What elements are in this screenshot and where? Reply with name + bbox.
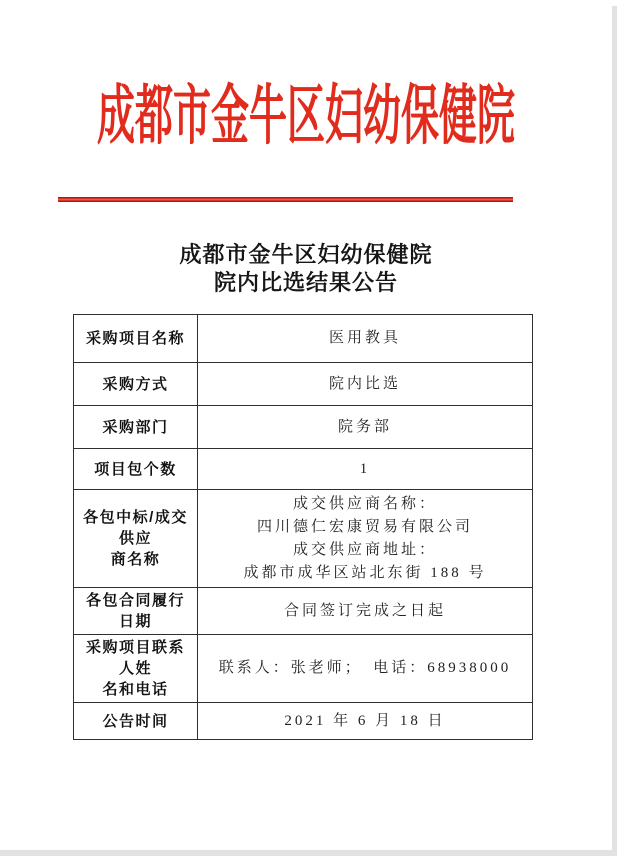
row-value: 院内比选 <box>198 363 533 406</box>
row-label: 采购项目名称 <box>74 315 198 363</box>
row-label: 项目包个数 <box>74 449 198 490</box>
row-value: 2021 年 6 月 18 日 <box>198 703 533 740</box>
row-label: 采购方式 <box>74 363 198 406</box>
announcement-table: 采购项目名称医用教具采购方式院内比选采购部门院务部项目包个数1各包中标/成交供应… <box>73 314 533 740</box>
page-edge-bottom <box>0 850 617 856</box>
row-label: 各包合同履行日期 <box>74 588 198 635</box>
table-row: 公告时间2021 年 6 月 18 日 <box>74 703 533 740</box>
row-value: 院务部 <box>198 406 533 449</box>
row-value: 1 <box>198 449 533 490</box>
row-label: 公告时间 <box>74 703 198 740</box>
table-row: 采购方式院内比选 <box>74 363 533 406</box>
table-row: 项目包个数1 <box>74 449 533 490</box>
row-value: 医用教具 <box>198 315 533 363</box>
row-value: 成交供应商名称： 四川德仁宏康贸易有限公司 成交供应商地址： 成都市成华区站北东… <box>198 490 533 588</box>
table-row: 各包中标/成交供应 商名称成交供应商名称： 四川德仁宏康贸易有限公司 成交供应商… <box>74 490 533 588</box>
page-edge-right <box>612 6 617 856</box>
table-row: 各包合同履行日期合同签订完成之日起 <box>74 588 533 635</box>
row-label: 采购项目联系人姓 名和电话 <box>74 635 198 703</box>
row-value: 联系人：张老师； 电话：68938000 <box>198 635 533 703</box>
document-title-line2: 院内比选结果公告 <box>0 269 612 297</box>
announcement-table-body: 采购项目名称医用教具采购方式院内比选采购部门院务部项目包个数1各包中标/成交供应… <box>74 315 533 740</box>
letterhead-divider-rule <box>58 197 513 202</box>
letterhead-org-name: 成都市金牛区妇幼保健院 <box>0 85 612 150</box>
row-label: 采购部门 <box>74 406 198 449</box>
row-value: 合同签订完成之日起 <box>198 588 533 635</box>
table-row: 采购部门院务部 <box>74 406 533 449</box>
table-row: 采购项目联系人姓 名和电话联系人：张老师； 电话：68938000 <box>74 635 533 703</box>
table-row: 采购项目名称医用教具 <box>74 315 533 363</box>
row-label: 各包中标/成交供应 商名称 <box>74 490 198 588</box>
document-title-line1: 成都市金牛区妇幼保健院 <box>0 241 612 269</box>
document-page: 成都市金牛区妇幼保健院 成都市金牛区妇幼保健院 院内比选结果公告 采购项目名称医… <box>0 0 617 856</box>
document-title: 成都市金牛区妇幼保健院 院内比选结果公告 <box>0 241 612 297</box>
